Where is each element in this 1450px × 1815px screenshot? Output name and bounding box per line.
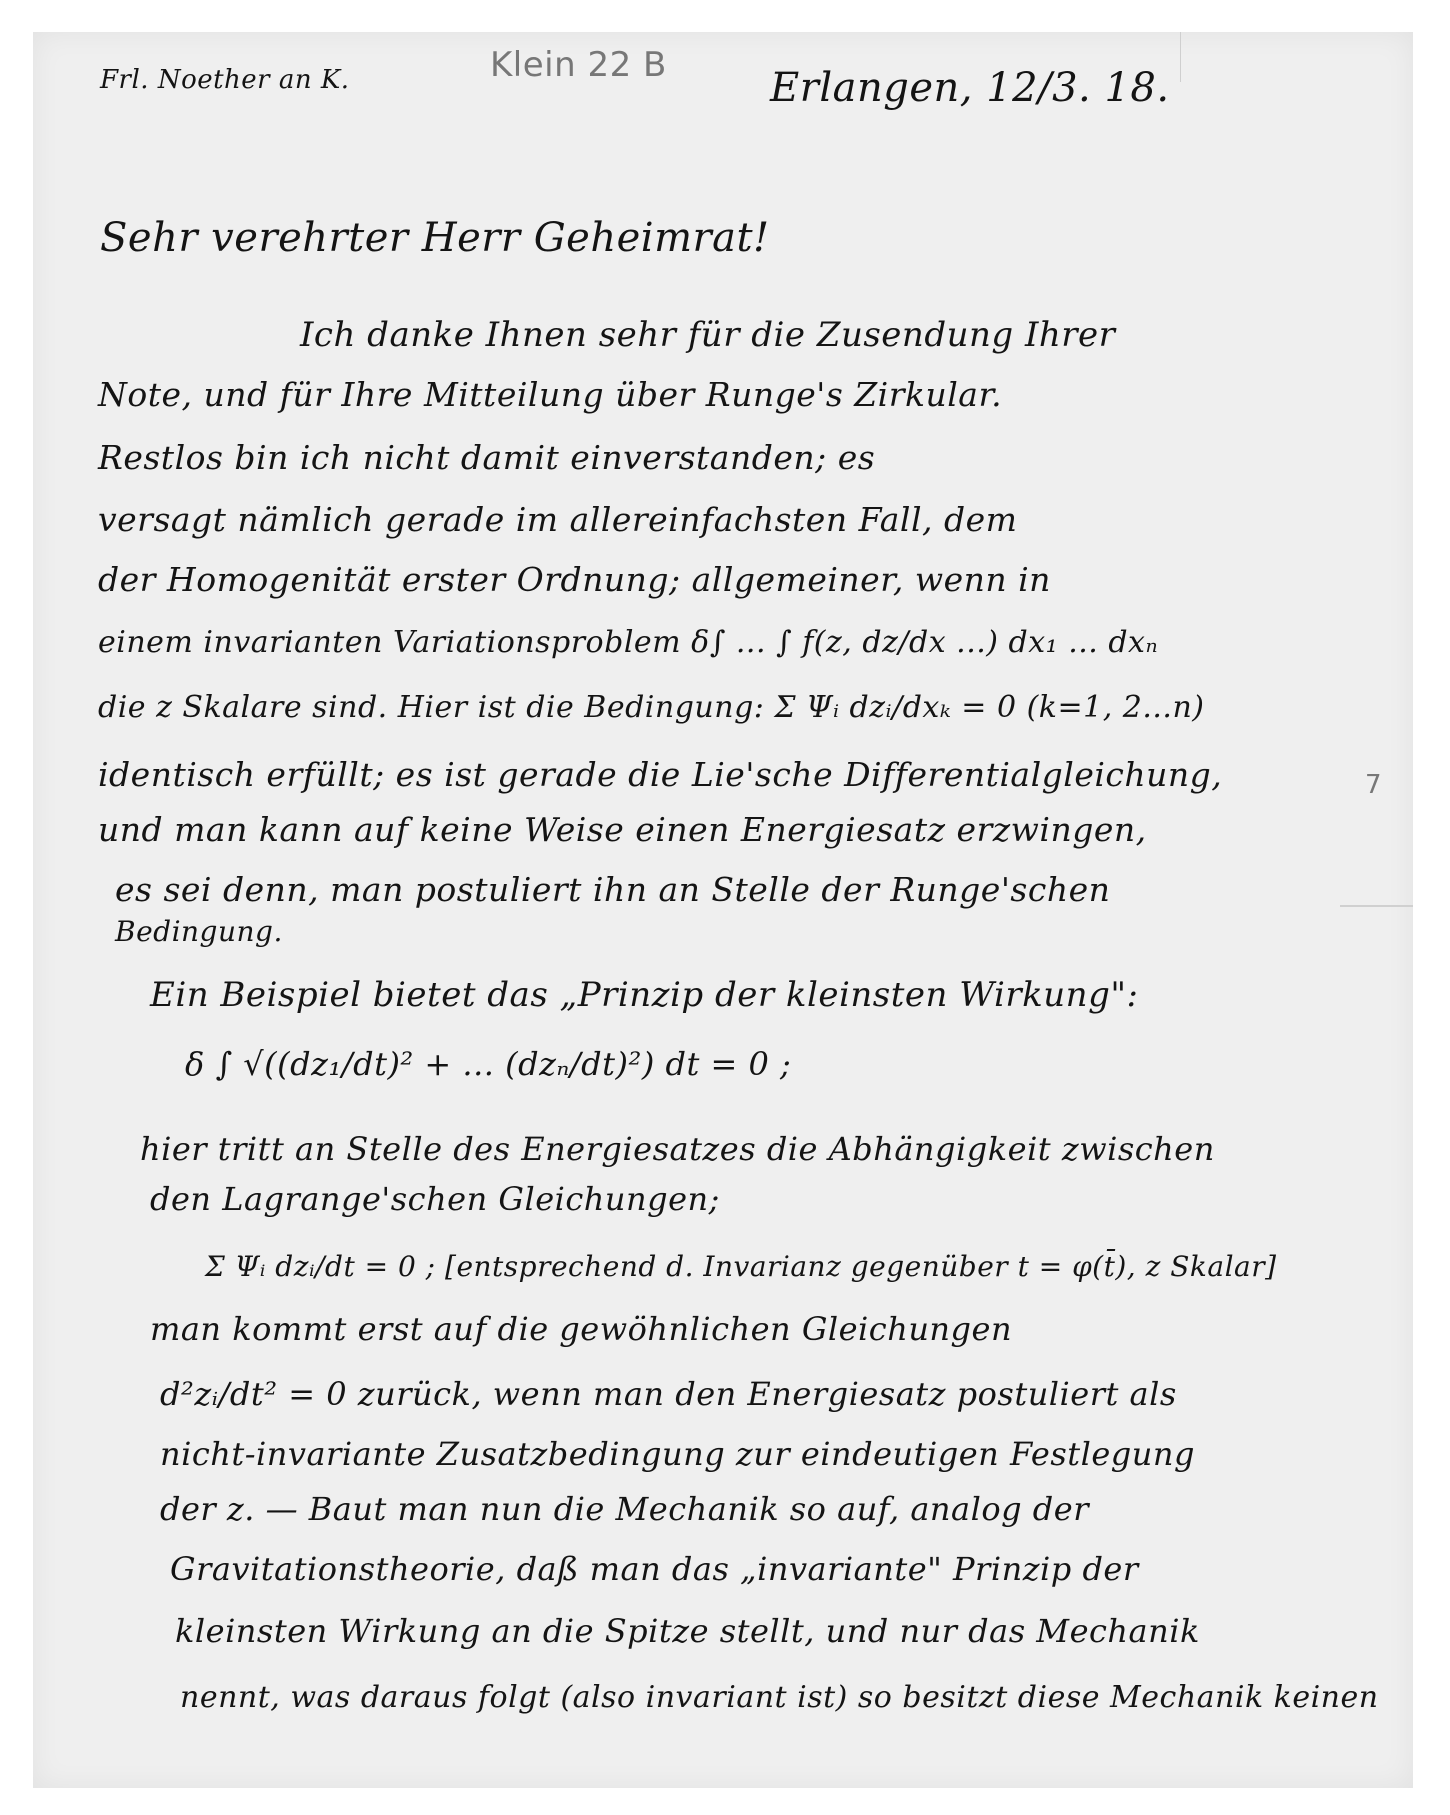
- letter-line: nicht-invariante Zusatzbedingung zur ein…: [160, 1435, 1195, 1473]
- letter-line: Note, und für Ihre Mitteilung über Runge…: [98, 375, 1002, 414]
- letter-line: versagt nämlich gerade im allereinfachst…: [98, 500, 1017, 539]
- letter-line-formula: d²zᵢ/dt² = 0 zurück, wenn man den Energi…: [160, 1375, 1177, 1413]
- archive-signature: Klein 22 B: [490, 45, 667, 85]
- letter-line: Ich danke Ihnen sehr für die Zusendung I…: [300, 315, 1115, 355]
- place-date: Erlangen, 12/3. 18.: [770, 65, 1170, 111]
- salutation: Sehr verehrter Herr Geheimrat!: [100, 215, 770, 261]
- letter-line-formula: einem invarianten Variationsproblem δ∫ .…: [98, 625, 1158, 660]
- letter-line-formula: die z Skalare sind. Hier ist die Bedingu…: [98, 690, 1205, 725]
- letter-line: und man kann auf keine Weise einen Energ…: [98, 810, 1147, 849]
- letter-line-formula: Σ Ψᵢ dzᵢ/dt = 0 ; [entsprechend d. Invar…: [205, 1250, 1277, 1283]
- letter-line: identisch erfüllt; es ist gerade die Lie…: [98, 755, 1222, 794]
- letter-line: es sei denn, man postuliert ihn an Stell…: [115, 870, 1110, 909]
- letter-line: kleinsten Wirkung an die Spitze stellt, …: [175, 1612, 1200, 1650]
- letter-line: Ein Beispiel bietet das „Prinzip der kle…: [150, 975, 1138, 1015]
- letter-line: Restlos bin ich nicht damit einverstande…: [98, 438, 875, 477]
- letter-line: man kommt erst auf die gewöhnlichen Glei…: [150, 1310, 1012, 1348]
- letter-line: der Homogenität erster Ordnung; allgemei…: [98, 560, 1051, 599]
- margin-mark: 7: [1365, 770, 1382, 800]
- letter-line: hier tritt an Stelle des Energiesatzes d…: [140, 1130, 1215, 1168]
- letter-line-formula: δ ∫ √((dz₁/dt)² + ... (dzₙ/dt)²) dt = 0 …: [185, 1045, 791, 1083]
- letter-line: Bedingung.: [115, 915, 283, 948]
- letter-line: nennt, was daraus folgt (also invariant …: [180, 1680, 1379, 1715]
- paper-tear: [1340, 905, 1413, 907]
- letter-line: den Lagrange'schen Gleichungen;: [150, 1180, 720, 1218]
- letter-line: Gravitationstheorie, daß man das „invari…: [170, 1550, 1139, 1588]
- letter-line: der z. — Baut man nun die Mechanik so au…: [160, 1490, 1089, 1528]
- archive-note: Frl. Noether an K.: [100, 65, 350, 95]
- paper-fold: [1180, 32, 1181, 82]
